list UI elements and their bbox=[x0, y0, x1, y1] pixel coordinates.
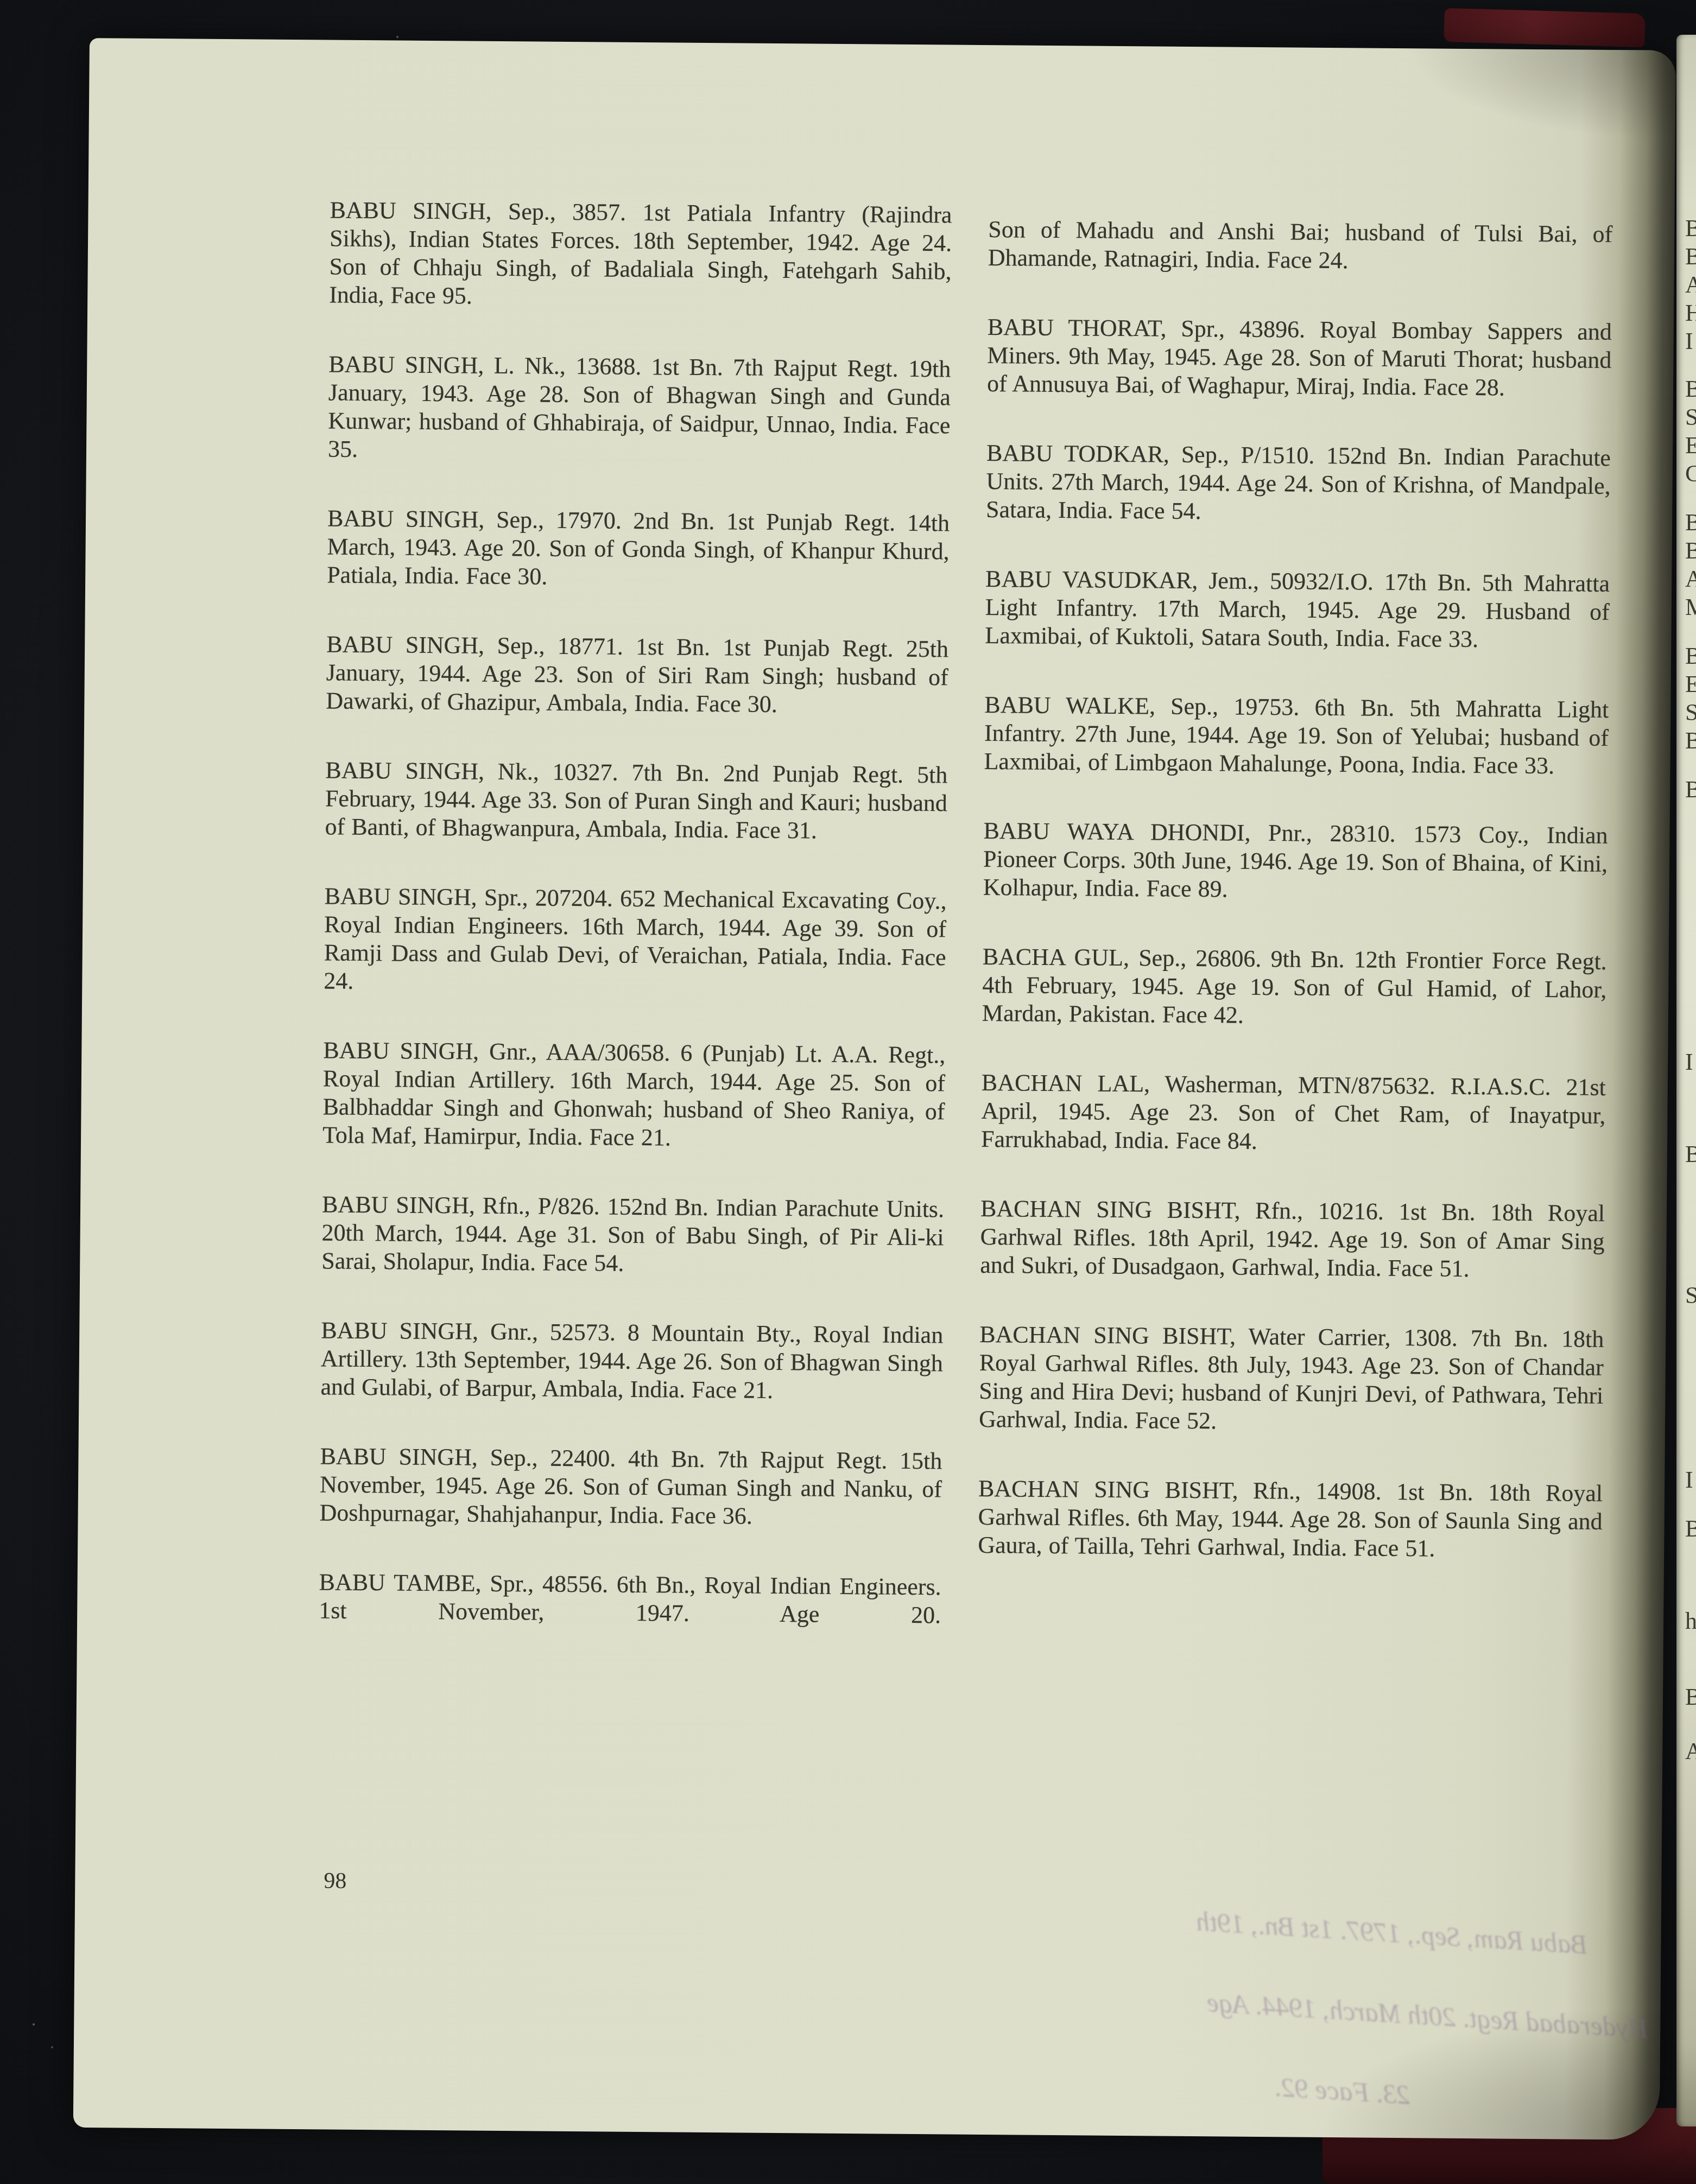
register-entry: BABU SINGH, Spr., 207204. 652 Mechanical… bbox=[324, 882, 947, 1000]
edge-letter-fragment: B bbox=[1685, 642, 1696, 670]
register-page: BABU SINGH, Sep., 3857. 1st Patiala Infa… bbox=[73, 38, 1676, 2140]
edge-letter-fragment: B bbox=[1685, 214, 1696, 243]
register-entry: BABU SINGH, L. Nk., 13688. 1st Bn. 7th R… bbox=[328, 350, 951, 468]
register-entry: BACHAN SING BISHT, Rfn., 10216. 1st Bn. … bbox=[980, 1195, 1605, 1284]
register-entry: BABU SINGH, Sep., 17970. 2nd Bn. 1st Pun… bbox=[327, 504, 950, 594]
edge-letter-fragment: A bbox=[1685, 565, 1696, 593]
edge-letter-fragment: B bbox=[1685, 243, 1696, 271]
edge-letter-fragment: H bbox=[1685, 299, 1696, 327]
register-entry: BABU SINGH, Nk., 10327. 7th Bn. 2nd Punj… bbox=[325, 756, 947, 846]
register-entry: BABU SINGH, Sep., 18771. 1st Bn. 1st Pun… bbox=[326, 630, 948, 720]
edge-letter-fragment: h bbox=[1685, 1607, 1696, 1635]
edge-letter-fragment: B bbox=[1685, 1140, 1696, 1169]
edge-letter-fragment: S bbox=[1685, 1281, 1696, 1310]
register-entry: BACHAN LAL, Washerman, MTN/875632. R.I.A… bbox=[981, 1069, 1606, 1158]
edge-letter-fragment: I bbox=[1685, 327, 1693, 355]
edge-letter-fragment: B bbox=[1685, 537, 1696, 565]
edge-letter-fragment: I bbox=[1685, 1048, 1693, 1076]
edge-letter-fragment: B bbox=[1685, 776, 1696, 804]
register-entry: BABU SINGH, Rfn., P/826. 152nd Bn. India… bbox=[321, 1190, 944, 1280]
register-entry: BACHA GUL, Sep., 26806. 9th Bn. 12th Fro… bbox=[982, 943, 1607, 1032]
handwritten-line: Hyderabad Regt. 20th March, 1944. Age bbox=[957, 1947, 1650, 2069]
register-entry-continuation: Son of Mahadu and Anshi Bai; husband of … bbox=[988, 215, 1613, 277]
edge-letter-fragment: E bbox=[1685, 431, 1696, 460]
register-entry: BACHAN SING BISHT, Rfn., 14908. 1st Bn. … bbox=[978, 1475, 1603, 1564]
handwritten-show-through-note: Babu Ram, Sep., 1797. 1st Bn., 19thHyder… bbox=[952, 1867, 1655, 2149]
register-entry: BABU SINGH, Sep., 22400. 4th Bn. 7th Raj… bbox=[319, 1442, 942, 1532]
book-photograph: { "page": { "number": "98", "paper_color… bbox=[0, 0, 1696, 2184]
edge-letter-fragment: A bbox=[1685, 271, 1696, 299]
edge-letter-fragment: B bbox=[1685, 1683, 1696, 1711]
edge-letter-fragment: B bbox=[1685, 1515, 1696, 1543]
edge-letter-fragment: I bbox=[1685, 1466, 1693, 1494]
edge-letter-fragment: M bbox=[1685, 593, 1696, 621]
register-entry: BACHAN SING BISHT, Water Carrier, 1308. … bbox=[979, 1320, 1604, 1438]
register-entry: BABU THORAT, Spr., 43896. Royal Bombay S… bbox=[987, 313, 1612, 403]
register-entry: BABU SINGH, Gnr., AAA/30658. 6 (Punjab) … bbox=[322, 1036, 946, 1154]
edge-letter-fragment: C bbox=[1685, 460, 1696, 488]
book-cover-top-edge bbox=[1444, 8, 1646, 47]
adjacent-page-edge: BBAHIBSECBBAMBESBBIBSIBhBA bbox=[1676, 35, 1696, 2126]
register-entry: BABU SINGH, Sep., 3857. 1st Patiala Infa… bbox=[329, 196, 952, 314]
edge-letter-fragment: S bbox=[1685, 403, 1696, 431]
register-entry: BABU WAYA DHONDI, Pnr., 28310. 1573 Coy.… bbox=[983, 817, 1608, 906]
left-column: BABU SINGH, Sep., 3857. 1st Patiala Infa… bbox=[318, 196, 952, 1671]
edge-letter-fragment: S bbox=[1685, 699, 1696, 727]
register-entry: BABU SINGH, Gnr., 52573. 8 Mountain Bty.… bbox=[320, 1316, 943, 1406]
right-column: Son of Mahadu and Anshi Bai; husband of … bbox=[977, 215, 1612, 1605]
edge-letter-fragment: B bbox=[1685, 509, 1696, 537]
photo-background: BABU SINGH, Sep., 3857. 1st Patiala Infa… bbox=[0, 0, 1696, 2184]
register-entry: BABU WALKE, Sep., 19753. 6th Bn. 5th Mah… bbox=[984, 691, 1609, 780]
edge-letter-fragment: B bbox=[1685, 727, 1696, 755]
edge-letter-fragment: E bbox=[1685, 670, 1696, 699]
register-entry: BABU VASUDKAR, Jem., 50932/I.O. 17th Bn.… bbox=[985, 565, 1610, 655]
page-number: 98 bbox=[324, 1868, 346, 1894]
handwritten-line: Babu Ram, Sep., 1797. 1st Bn., 19th bbox=[962, 1867, 1590, 1985]
dust-speckles bbox=[396, 36, 398, 38]
edge-letter-fragment: B bbox=[1685, 375, 1696, 403]
register-entry: BABU TAMBE, Spr., 48556. 6th Bn., Royal … bbox=[319, 1568, 941, 1629]
edge-letter-fragment: A bbox=[1685, 1737, 1696, 1766]
handwritten-line: 23. Face 92. bbox=[952, 2027, 1412, 2135]
register-entry: BABU TODKAR, Sep., P/1510. 152nd Bn. Ind… bbox=[986, 439, 1611, 529]
